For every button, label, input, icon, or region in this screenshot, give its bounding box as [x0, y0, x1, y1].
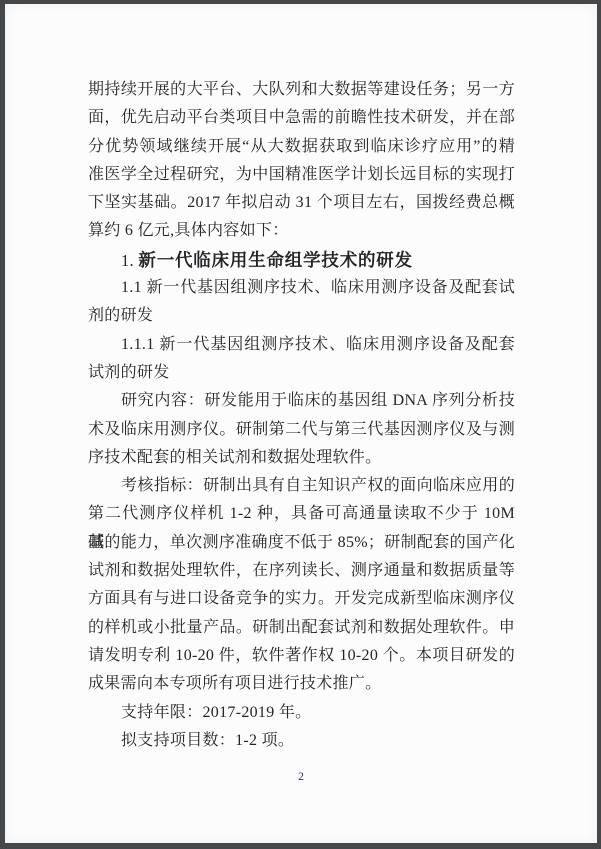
- text-line: 研究内容：研发能用于临床的基因组 DNA 序列分析技: [88, 387, 515, 415]
- text-line: 下坚实基础。2017 年拟启动 31 个项目左右，国拨经费总概: [88, 189, 515, 217]
- text-line: 考核指标：研制出具有自主知识产权的面向临床应用的: [88, 472, 515, 500]
- heading-number: 1.: [121, 251, 138, 270]
- text-line: 拟支持项目数：1-2 项。: [88, 727, 515, 755]
- page-number: 2: [5, 771, 597, 783]
- text-line: 第二代测序仪样机 1-2 种，具备可高通量读取不少于 10M 碱: [88, 500, 515, 528]
- text-line: 支持年限：2017-2019 年。: [88, 699, 515, 727]
- text-line: 的样机或小批量产品。研制出配套试剂和数据处理软件。申: [88, 614, 515, 642]
- text-line: 请发明专利 10-20 件，软件著作权 10-20 个。本项目研发的: [88, 642, 515, 670]
- text-line: 期持续开展的大平台、大队列和大数据等建设任务；另一方: [88, 76, 515, 104]
- text-line: 试剂的研发: [88, 359, 515, 387]
- text-line: 试剂和数据处理软件，在序列读长、测序通量和数据质量等: [88, 557, 515, 585]
- text-line: 方面具有与进口设备竞争的实力。开发完成新型临床测序仪: [88, 585, 515, 613]
- text-line: 术及临床用测序仪。研制第二代与第三代基因测序仪及与测: [88, 416, 515, 444]
- text-line: 1.1 新一代基因组测序技术、临床用测序设备及配套试: [88, 274, 515, 302]
- document-page: 期持续开展的大平台、大队列和大数据等建设任务；另一方面，优先启动平台类项目中急需…: [5, 4, 597, 843]
- text-line: 算约 6 亿元,具体内容如下：: [88, 217, 515, 245]
- text-line: 剂的研发: [88, 302, 515, 330]
- text-line: 序技术配套的相关试剂和数据处理软件。: [88, 444, 515, 472]
- text-line: 分优势领域继续开展“从大数据获取到临床诊疗应用”的精: [88, 133, 515, 161]
- text-line: 准医学全过程研究，为中国精准医学计划长远目标的实现打: [88, 161, 515, 189]
- text-line: 基的能力，单次测序准确度不低于 85%；研制配套的国产化: [88, 529, 515, 557]
- text-line: 面，优先启动平台类项目中急需的前瞻性技术研发，并在部: [88, 104, 515, 132]
- section-heading: 1. 新一代临床用生命组学技术的研发: [88, 246, 515, 274]
- heading-text: 新一代临床用生命组学技术的研发: [138, 250, 413, 270]
- text-line: 成果需向本专项所有项目进行技术推广。: [88, 670, 515, 698]
- text-block: 期持续开展的大平台、大队列和大数据等建设任务；另一方面，优先启动平台类项目中急需…: [88, 76, 515, 755]
- text-line: 1.1.1 新一代基因组测序技术、临床用测序设备及配套: [88, 331, 515, 359]
